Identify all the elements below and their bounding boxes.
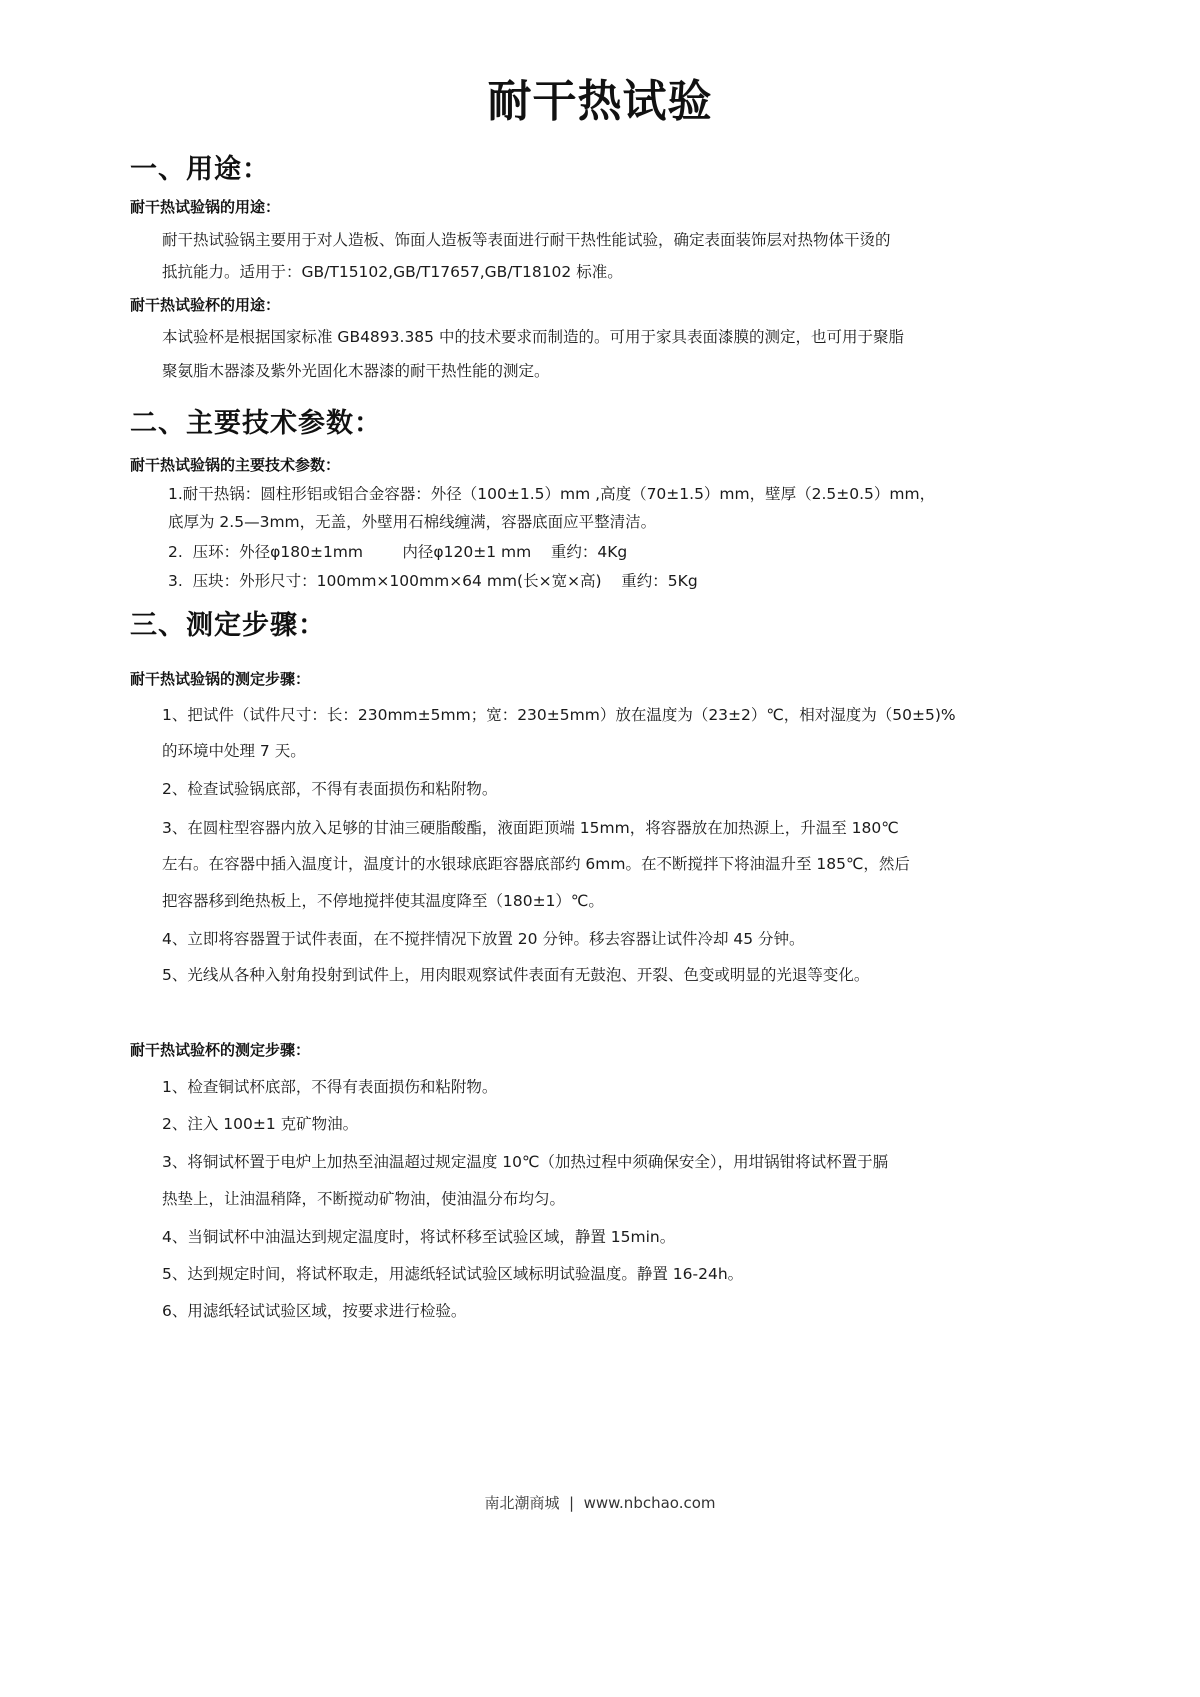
subsection-heading-pot-procedure: 耐干热试验锅的测定步骤：	[130, 672, 310, 687]
subsection-heading-pot-parameters: 耐干热试验锅的主要技术参数：	[130, 458, 340, 473]
procedure-step: 3、将铜试杯置于电炉上加热至油温超过规定温度 10℃（加热过程中须确保安全），用…	[162, 1155, 888, 1171]
procedure-step: 1、检查铜试杯底部，不得有表面损伤和粘附物。	[162, 1080, 497, 1096]
section-heading-usage: 一、用途：	[130, 156, 270, 183]
procedure-step: 4、当铜试杯中油温达到规定温度时，将试杯移至试验区域，静置 15min。	[162, 1230, 675, 1246]
procedure-step: 4、立即将容器置于试件表面，在不搅拌情况下放置 20 分钟。移去容器让试件冷却 …	[162, 932, 805, 948]
document-title: 耐干热试验	[0, 80, 1200, 124]
procedure-step: 5、光线从各种入射角投射到试件上，用肉眼观察试件表面有无鼓泡、开裂、色变或明显的…	[162, 968, 869, 984]
parameter-line: 3. 压块：外形尺寸：100mm×100mm×64 mm(长×宽×高) 重约：5…	[168, 574, 698, 590]
procedure-step: 左右。在容器中插入温度计，温度计的水银球底距容器底部约 6mm。在不断搅拌下将油…	[162, 857, 910, 873]
procedure-step: 1、把试件（试件尺寸：长：230mm±5mm；宽：230±5mm）放在温度为（2…	[162, 708, 956, 724]
section-heading-parameters: 二、主要技术参数：	[130, 410, 382, 437]
section-heading-procedure: 三、测定步骤：	[130, 612, 326, 639]
footer-text: 南北潮商城 | www.nbchao.com	[0, 1496, 1200, 1511]
procedure-step: 5、达到规定时间，将试杯取走，用滤纸轻试试验区域标明试验温度。静置 16-24h…	[162, 1267, 743, 1283]
parameter-line: 1.耐干热锅：圆柱形铝或铝合金容器：外径（100±1.5）mm ,高度（70±1…	[168, 487, 935, 503]
parameter-line: 2. 压环：外径φ180±1mm 内径φ120±1 mm 重约：4Kg	[168, 545, 627, 561]
procedure-step: 把容器移到绝热板上，不停地搅拌使其温度降至（180±1）℃。	[162, 894, 604, 910]
procedure-step: 热垫上，让油温稍降，不断搅动矿物油，使油温分布均匀。	[162, 1192, 565, 1208]
paragraph-line: 耐干热试验锅主要用于对人造板、饰面人造板等表面进行耐干热性能试验，确定表面装饰层…	[162, 233, 891, 249]
paragraph-line: 抵抗能力。适用于：GB/T15102,GB/T17657,GB/T18102 标…	[162, 265, 623, 281]
parameter-line: 底厚为 2.5—3mm，无盖，外壁用石棉线缠满，容器底面应平整清洁。	[168, 515, 656, 531]
procedure-step: 6、用滤纸轻试试验区域，按要求进行检验。	[162, 1304, 466, 1320]
paragraph-line: 本试验杯是根据国家标准 GB4893.385 中的技术要求而制造的。可用于家具表…	[162, 330, 904, 346]
paragraph-line: 聚氨脂木器漆及紫外光固化木器漆的耐干热性能的测定。	[162, 364, 550, 380]
procedure-step: 3、在圆柱型容器内放入足够的甘油三硬脂酸酯，液面距顶端 15mm，将容器放在加热…	[162, 821, 899, 837]
subsection-heading-cup-usage: 耐干热试验杯的用途：	[130, 298, 280, 313]
procedure-step: 2、检查试验锅底部，不得有表面损伤和粘附物。	[162, 782, 497, 798]
subsection-heading-pot-usage: 耐干热试验锅的用途：	[130, 200, 280, 215]
procedure-step: 的环境中处理 7 天。	[162, 744, 306, 760]
procedure-step: 2、注入 100±1 克矿物油。	[162, 1117, 358, 1133]
subsection-heading-cup-procedure: 耐干热试验杯的测定步骤：	[130, 1043, 310, 1058]
